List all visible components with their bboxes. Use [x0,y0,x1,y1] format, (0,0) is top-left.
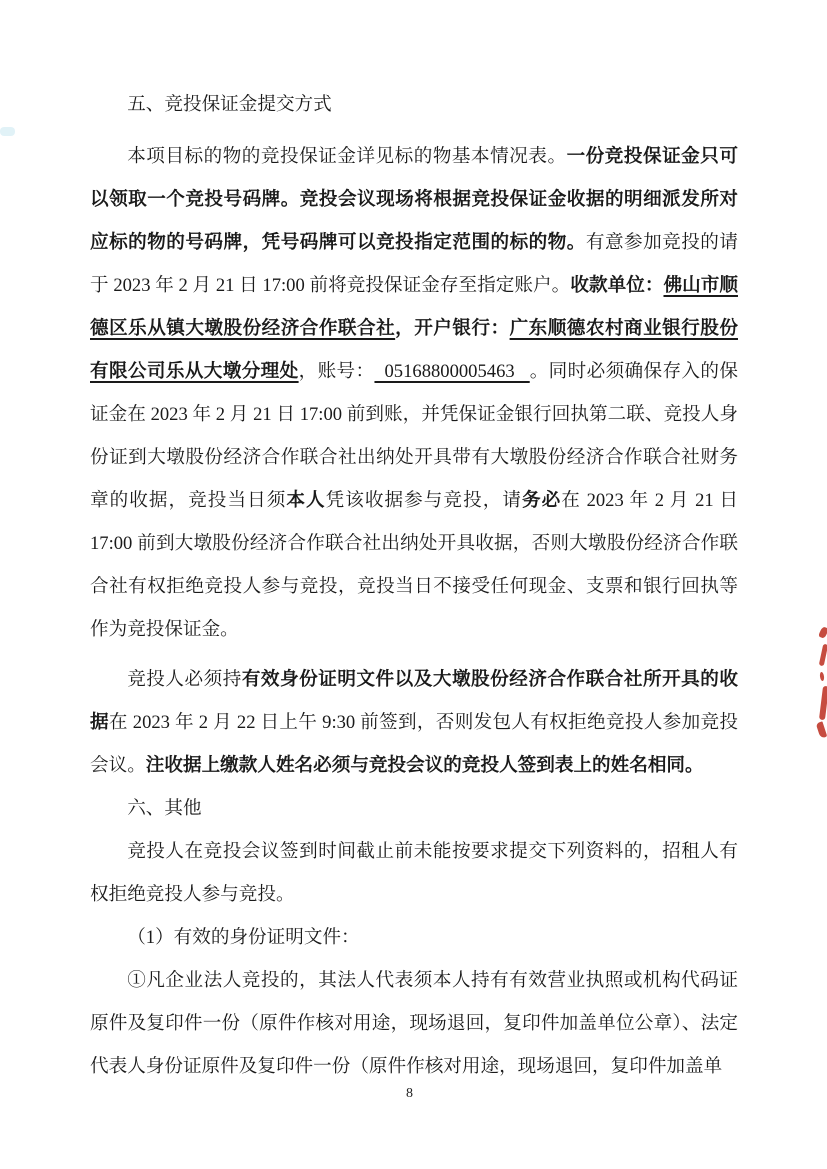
document-page: 五、竞投保证金提交方式 本项目标的物的竞投保证金详见标的物基本情况表。一份竞投保… [0,0,827,1169]
paragraph-enterprise-bidder-clause: ①凡企业法人竞投的，其法人代表须本人持有有效营业执照或机构代码证原件及复印件一份… [90,959,738,1088]
paragraph-id-documents-subheading: （1）有效的身份证明文件： [90,916,738,959]
red-seal-fragment [815,625,827,740]
text-run: 务必 [522,490,561,511]
text-run: ，开户银行： [395,318,509,339]
text-run: 竞投人必须持 [127,669,242,690]
text-run: 六、其他 [127,798,201,819]
text-run: 本人 [286,490,325,511]
text-run: ①凡企业法人竞投的，其法人代表须本人持有有效营业执照或机构代码证原件及复印件一份… [90,970,738,1077]
text-run: 本项目标的物的竞投保证金详见标的物基本情况表。 [127,146,566,167]
red-seal-stroke [819,644,827,667]
paragraph-deposit-submission: 本项目标的物的竞投保证金详见标的物基本情况表。一份竞投保证金只可以领取一个竞投号… [90,135,738,651]
document-content: 五、竞投保证金提交方式 本项目标的物的竞投保证金详见标的物基本情况表。一份竞投保… [90,83,738,1088]
red-seal-stroke [819,672,824,681]
red-seal-stroke [816,721,827,738]
text-run: 收款单位： [570,275,663,296]
text-run: 竞投人在竞投会议签到时间截止前未能按要求提交下列资料的，招租人有权拒绝竞投人参与… [90,841,738,905]
text-run: 在 2023 年 2 月 21 日 17:00 前到大墩股份经济合作联合社出纳处… [90,490,738,640]
red-seal-stroke [819,686,827,720]
text-run: （1）有效的身份证明文件： [127,927,359,948]
text-run: 凭该收据参与竞投，请 [326,490,522,511]
section-heading-6: 六、其他 [90,787,738,830]
red-seal-stroke [818,626,827,639]
text-run: 05168800005463 [374,361,529,382]
section-heading-5: 五、竞投保证金提交方式 [90,83,738,126]
text-run: 。同时必须确保存入的保证金在 2023 年 2 月 21 日 17:00 前到账… [90,361,738,511]
text-run: 五、竞投保证金提交方式 [127,94,332,115]
paragraph-sign-in-requirement: 竞投人必须持有效身份证明文件以及大墩股份经济合作联合社所开具的收据在 2023 … [90,658,738,787]
paragraph-other-intro: 竞投人在竞投会议签到时间截止前未能按要求提交下列资料的，招租人有权拒绝竞投人参与… [90,830,738,916]
page-number: 8 [0,1086,819,1102]
text-run: 注收据上缴款人姓名必须与竞投会议的竞投人签到表上的姓名相同。 [146,755,704,776]
text-run: ，账号： [299,361,375,382]
cyan-scan-artifact [0,127,15,136]
